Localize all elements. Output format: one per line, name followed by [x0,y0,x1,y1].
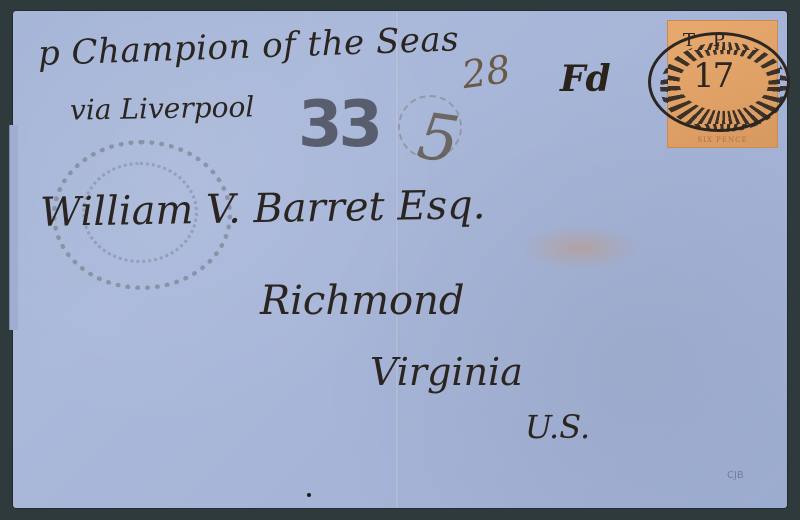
manuscript-rate-28: 28 [459,47,513,97]
letter-side-flap [9,125,18,330]
address-city: Richmond [260,278,464,324]
orange-transit-marking [520,225,640,270]
cancel-top-letters: T P [683,30,731,51]
ink-dot [307,493,311,497]
address-country: U.S. [525,408,590,446]
cancel-numeral: 17 [693,56,732,96]
rate-handstamp-33: 33 [298,88,379,162]
stamp-denomination-label: SIX PENCE [668,136,777,144]
manuscript-initials: Fd [560,58,611,100]
addressee-name: William V. Barret Esq. [40,182,486,236]
route-endorsement: via Liverpool [70,90,255,126]
docket-mark: CJB [727,470,744,481]
address-state: Virginia [370,350,523,394]
center-fold-crease [395,11,399,508]
